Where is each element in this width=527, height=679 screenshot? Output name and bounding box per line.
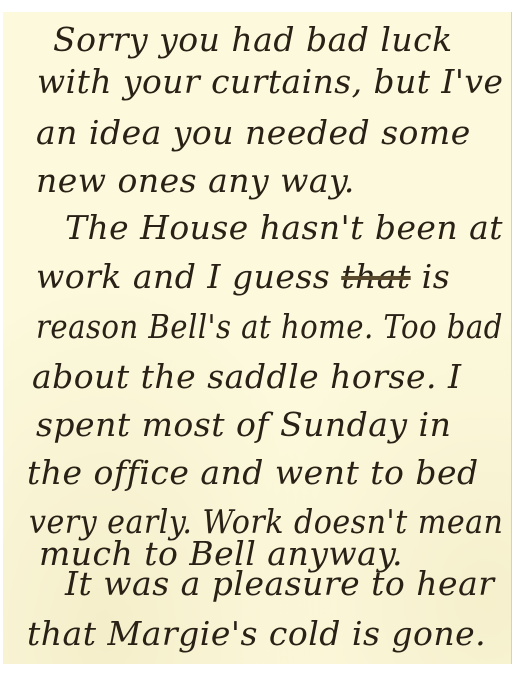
handwritten-line: new ones any way. <box>36 161 355 200</box>
handwritten-line: The House hasn't been at <box>65 208 503 247</box>
struck-through-word: that <box>341 257 410 296</box>
handwritten-line: It was a pleasure to hear <box>65 564 495 603</box>
handwritten-line: an idea you needed some <box>36 113 471 152</box>
letter-page: Sorry you had bad luck with your curtain… <box>3 12 512 664</box>
handwritten-line: reason Bell's at home. Too bad <box>36 307 503 346</box>
handwritten-line: the office and went to bed <box>27 453 479 492</box>
handwritten-line: Sorry you had bad luck <box>53 20 453 59</box>
handwritten-line: with your curtains, but I've <box>37 62 503 101</box>
line-text: is <box>411 257 450 296</box>
handwritten-line: about the saddle horse. I <box>32 357 462 396</box>
line-text: work and I guess <box>36 257 341 296</box>
handwritten-line: spent most of Sunday in <box>36 405 451 444</box>
handwritten-line: work and I guess that is <box>36 257 450 296</box>
handwritten-line: that Margie's cold is gone. <box>27 614 486 653</box>
